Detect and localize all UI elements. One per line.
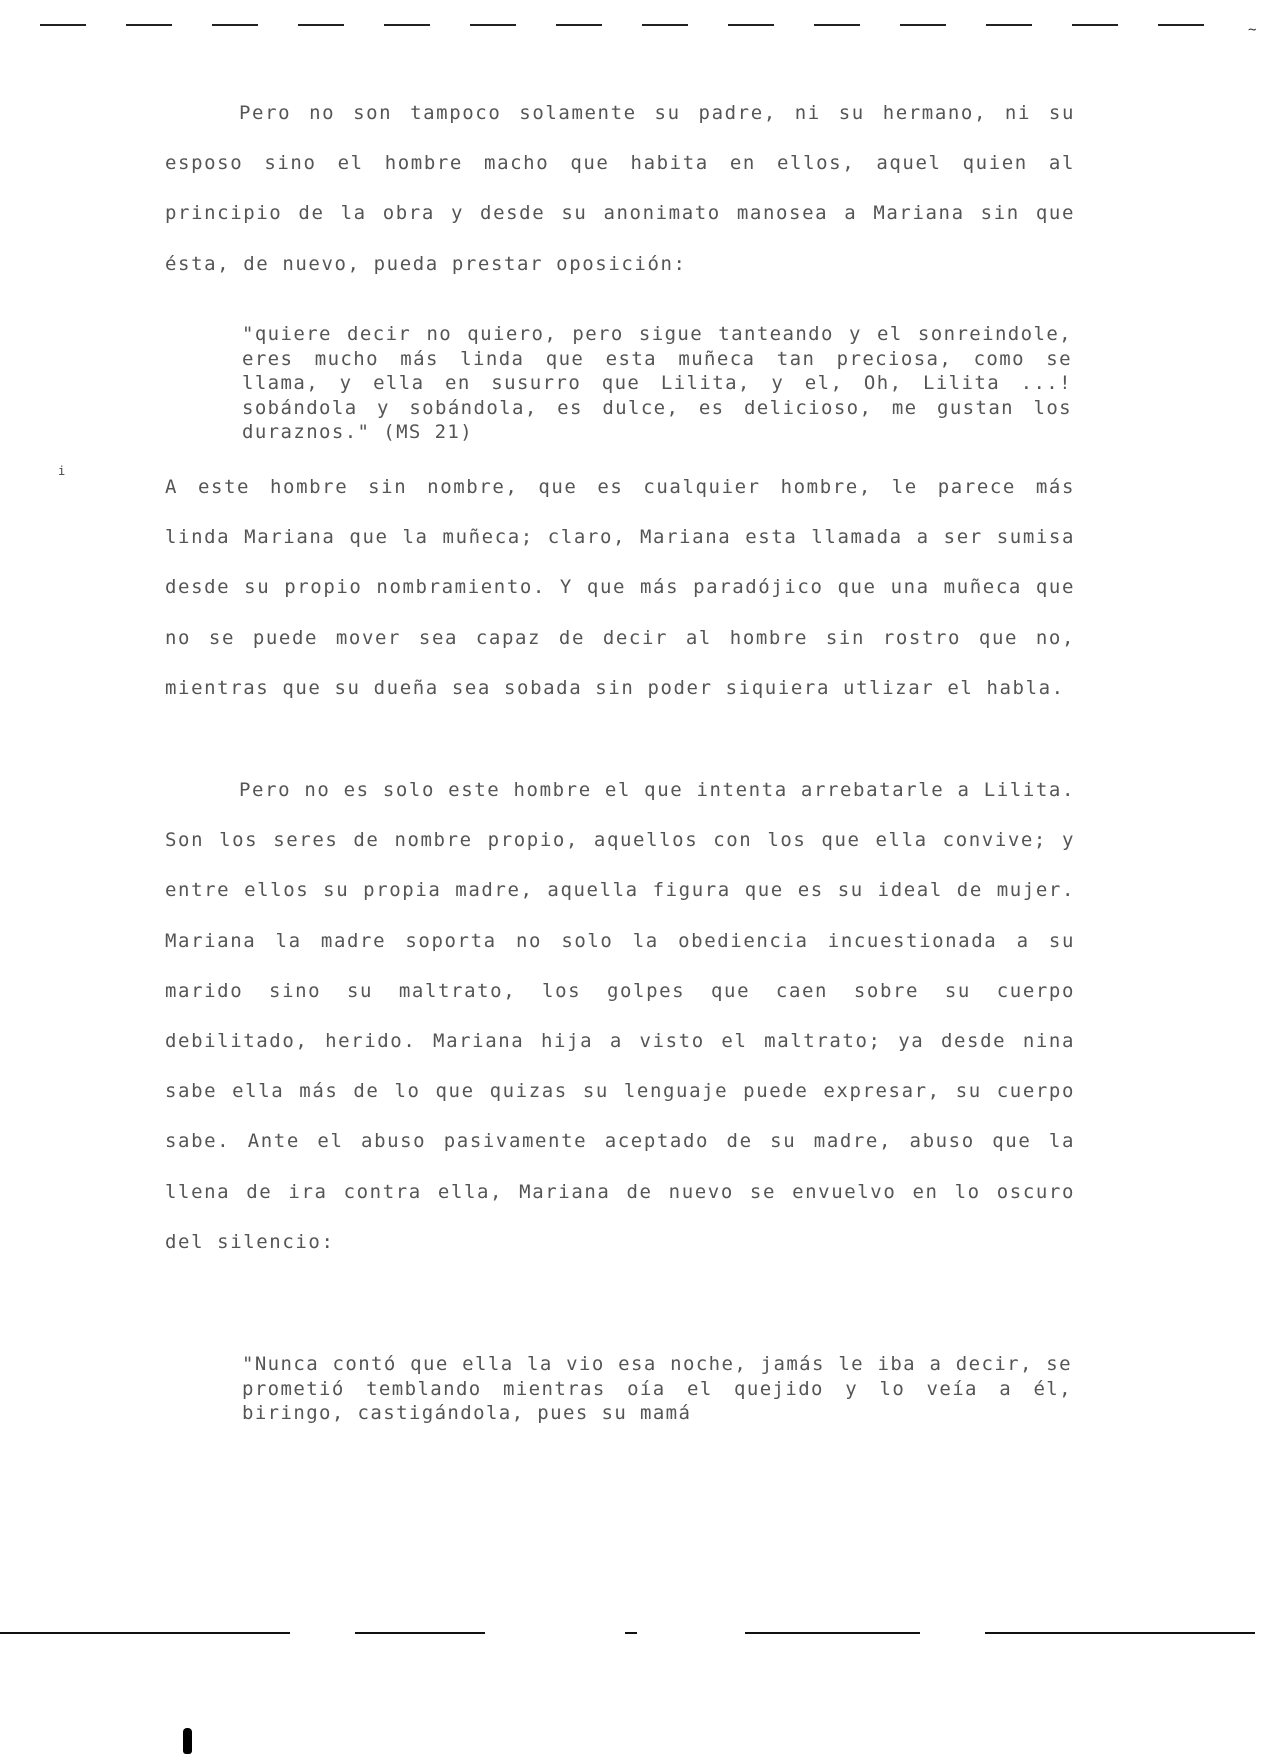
dash bbox=[900, 24, 946, 26]
dash bbox=[212, 24, 258, 26]
paragraph-text: Pero no son tampoco solamente su padre, … bbox=[165, 102, 1075, 275]
quote-text: "quiere decir no quiero, pero sigue tant… bbox=[242, 323, 1072, 443]
paragraph-1: Pero no son tampoco solamente su padre, … bbox=[165, 88, 1075, 289]
dash bbox=[986, 24, 1032, 26]
dash bbox=[1072, 24, 1118, 26]
ink-blot bbox=[183, 1728, 192, 1754]
bottom-border-line bbox=[0, 1632, 290, 1634]
dash bbox=[1158, 24, 1204, 26]
dash bbox=[126, 24, 172, 26]
paragraph-3: Pero no es solo este hombre el que inten… bbox=[165, 765, 1075, 1267]
block-quote-1: "quiere decir no quiero, pero sigue tant… bbox=[242, 322, 1072, 445]
paragraph-2: A este hombre sin nombre, que es cualqui… bbox=[165, 462, 1075, 713]
bottom-border-line bbox=[985, 1632, 1255, 1634]
top-border-dashes bbox=[40, 24, 1225, 28]
dash bbox=[384, 24, 430, 26]
dash bbox=[642, 24, 688, 26]
dash bbox=[814, 24, 860, 26]
bottom-border-line bbox=[355, 1632, 485, 1634]
dash bbox=[470, 24, 516, 26]
bottom-border-line bbox=[625, 1632, 637, 1634]
dash bbox=[298, 24, 344, 26]
scan-artifact: ~ bbox=[1248, 22, 1256, 38]
quote-text: "Nunca contó que ella la vio esa noche, … bbox=[242, 1353, 1072, 1424]
paragraph-text: A este hombre sin nombre, que es cualqui… bbox=[165, 476, 1075, 699]
block-quote-2: "Nunca contó que ella la vio esa noche, … bbox=[242, 1352, 1072, 1426]
margin-mark: i bbox=[58, 464, 65, 478]
dash bbox=[40, 24, 86, 26]
dash bbox=[556, 24, 602, 26]
dash bbox=[728, 24, 774, 26]
paragraph-text: Pero no es solo este hombre el que inten… bbox=[165, 779, 1075, 1253]
bottom-border-line bbox=[745, 1632, 920, 1634]
